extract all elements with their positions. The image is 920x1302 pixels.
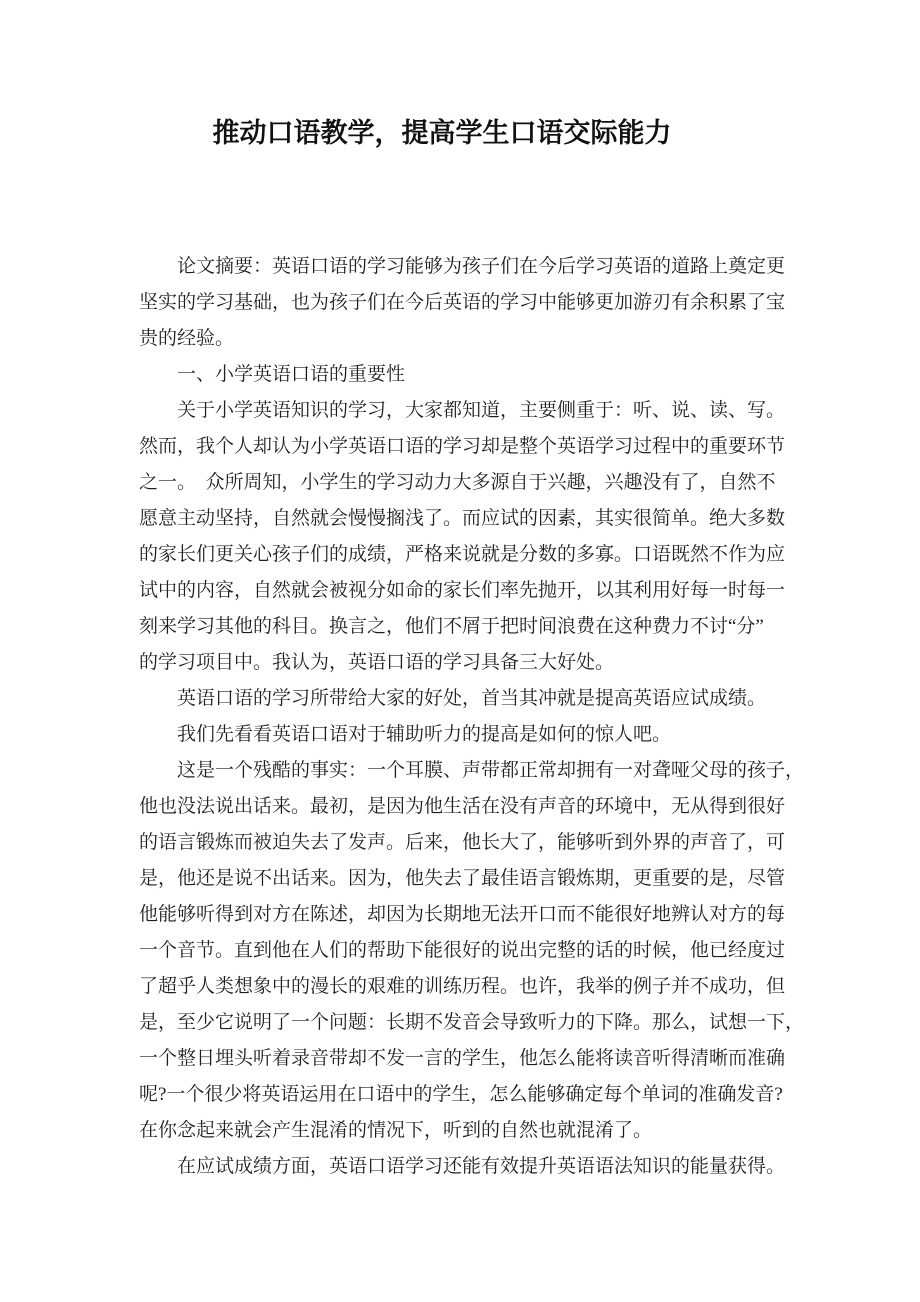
text-line: 在应试成绩方面，英语口语学习还能有效提升英语语法知识的能量获得。 — [139, 1149, 782, 1185]
text-line: 刻来学习其他的科目。换言之，他们不屑于把时间浪费在这种费力不讨“分” — [139, 609, 782, 645]
text-line: 了超乎人类想象中的漫长的艰难的训练历程。也许，我举的例子并不成功，但 — [139, 969, 782, 1005]
text-line: 之一。 众所周知，小学生的学习动力大多源自于兴趣，兴趣没有了，自然不 — [139, 465, 782, 501]
text-line: 一个整日埋头听着录音带却不发一言的学生，他怎么能将读音听得清晰而准确 — [139, 1041, 782, 1077]
text-line: 一个音节。直到他在人们的帮助下能很好的说出完整的话的时候，他已经度过 — [139, 933, 782, 969]
text-line: 贵的经验。 — [139, 321, 782, 357]
text-line: 一、小学英语口语的重要性 — [139, 357, 782, 393]
text-line: 的学习项目中。我认为，英语口语的学习具备三大好处。 — [139, 645, 782, 681]
text-line: 是，他还是说不出话来。因为，他失去了最佳语言锻炼期，更重要的是，尽管 — [139, 861, 782, 897]
text-line: 英语口语的学习所带给大家的好处，首当其冲就是提高英语应试成绩。 — [139, 681, 782, 717]
text-line: 然而，我个人却认为小学英语口语的学习却是整个英语学习过程中的重要环节 — [139, 429, 782, 465]
document-body: 论文摘要：英语口语的学习能够为孩子们在今后学习英语的道路上奠定更坚实的学习基础，… — [139, 249, 782, 1185]
document-page: 推动口语教学，提高学生口语交际能力 论文摘要：英语口语的学习能够为孩子们在今后学… — [0, 0, 920, 1302]
text-line: 我们先看看英语口语对于辅助听力的提高是如何的惊人吧。 — [139, 717, 782, 753]
text-line: 是，至少它说明了一个问题：长期不发音会导致听力的下降。那么，试想一下， — [139, 1005, 782, 1041]
text-line: 他也没法说出话来。最初，是因为他生活在没有声音的环境中，无从得到很好 — [139, 789, 782, 825]
text-line: 在你念起来就会产生混淆的情况下，听到的自然也就混淆了。 — [139, 1113, 782, 1149]
document-title: 推动口语教学，提高学生口语交际能力 — [0, 116, 884, 150]
text-line: 关于小学英语知识的学习，大家都知道，主要侧重于：听、说、读、写。 — [139, 393, 782, 429]
text-line: 坚实的学习基础，也为孩子们在今后英语的学习中能够更加游刃有余积累了宝 — [139, 285, 782, 321]
text-line: 他能够听得到对方在陈述，却因为长期地无法开口而不能很好地辨认对方的每 — [139, 897, 782, 933]
text-line: 呢?一个很少将英语运用在口语中的学生，怎么能够确定每个单词的准确发音? — [139, 1077, 782, 1113]
text-line: 试中的内容，自然就会被视分如命的家长们率先抛开，以其利用好每一时每一 — [139, 573, 782, 609]
text-line: 的语言锻炼而被迫失去了发声。后来，他长大了，能够听到外界的声音了，可 — [139, 825, 782, 861]
text-line: 愿意主动坚持，自然就会慢慢搁浅了。而应试的因素，其实很简单。绝大多数 — [139, 501, 782, 537]
text-line: 论文摘要：英语口语的学习能够为孩子们在今后学习英语的道路上奠定更 — [139, 249, 782, 285]
text-line: 这是一个残酷的事实：一个耳膜、声带都正常却拥有一对聋哑父母的孩子， — [139, 753, 782, 789]
text-line: 的家长们更关心孩子们的成绩，严格来说就是分数的多寡。口语既然不作为应 — [139, 537, 782, 573]
